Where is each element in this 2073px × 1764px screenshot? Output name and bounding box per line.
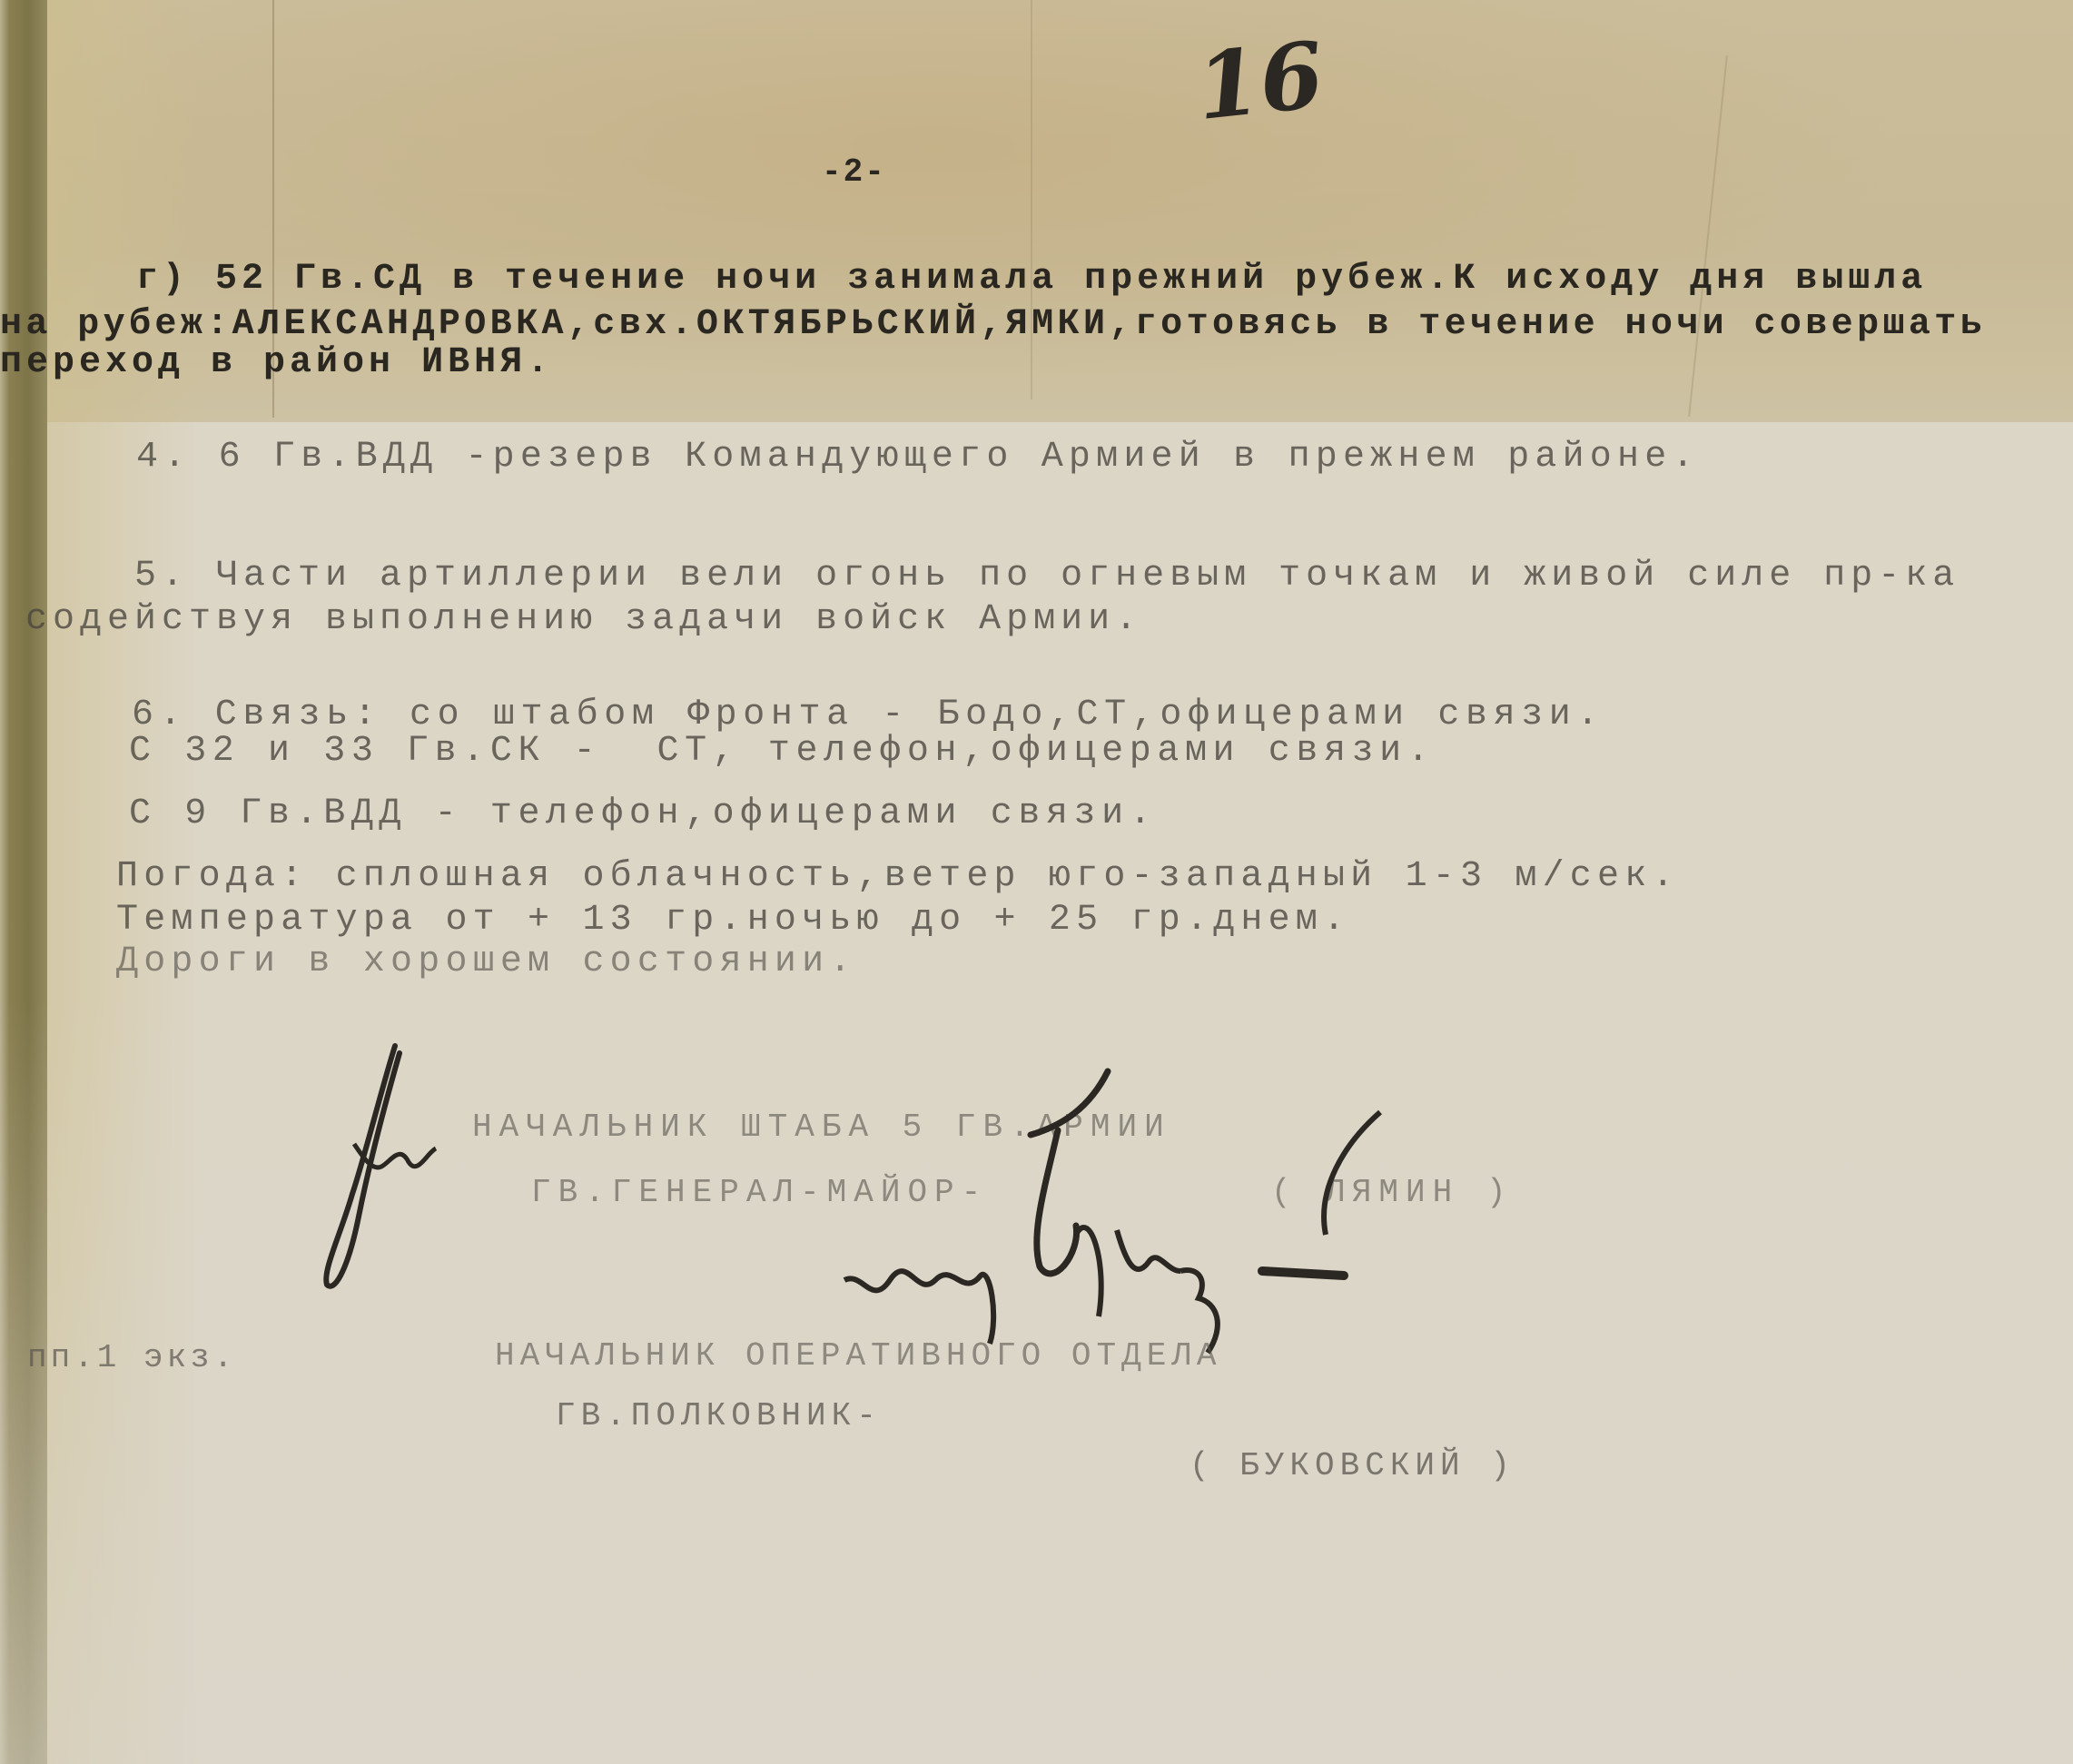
text-line: содействуя выполнению задачи войск Армии… — [25, 602, 1142, 638]
text-line: переход в район ИВНЯ. — [0, 345, 553, 381]
text-line: Погода: сплошная облачность,ветер юго-за… — [116, 859, 1680, 895]
text-line: Дороги в хорошем состоянии. — [116, 944, 857, 981]
text-line: г) 52 Гв.СД в течение ночи занимала преж… — [136, 261, 1927, 298]
item-4-reserve: 4. 6 Гв.ВДД -резерв Командующего Армией … — [136, 439, 1700, 476]
page-number-marker: -2- — [822, 154, 886, 191]
copies-note: пп.1 экз. — [27, 1340, 236, 1376]
text-line: С 32 и 33 Гв.СК - СТ, телефон,офицерами … — [129, 734, 1435, 770]
signatory-rank: ГВ.ПОЛКОВНИК- — [556, 1398, 882, 1434]
text-line: 5. Части артиллерии вели огонь по огневы… — [134, 558, 1959, 595]
text-line: С 9 Гв.ВДД - телефон,офицерами связи. — [129, 796, 1157, 833]
text-line: на рубеж:АЛЕКСАНДРОВКА,свх.ОКТЯБРЬСКИЙ,Я… — [0, 307, 1986, 343]
text-line: Температура от + 13 гр.ночью до + 25 гр.… — [116, 902, 1350, 939]
text-line: 6. Связь: со штабом Фронта - Бодо,СТ,офи… — [132, 697, 1604, 734]
archive-sheet-number: 16 — [1191, 21, 1328, 141]
handwritten-signature-zam — [309, 1035, 545, 1298]
signatory-name: ( БУКОВСКИЙ ) — [1190, 1448, 1515, 1484]
signatory-title: НАЧАЛЬНИК ОПЕРАТИВНОГО ОТДЕЛА — [495, 1338, 1222, 1375]
scanned-document-page: 16 -2- г) 52 Гв.СД в течение ночи занима… — [0, 0, 2073, 1764]
handwritten-signature-bukovsky — [835, 1053, 1489, 1362]
